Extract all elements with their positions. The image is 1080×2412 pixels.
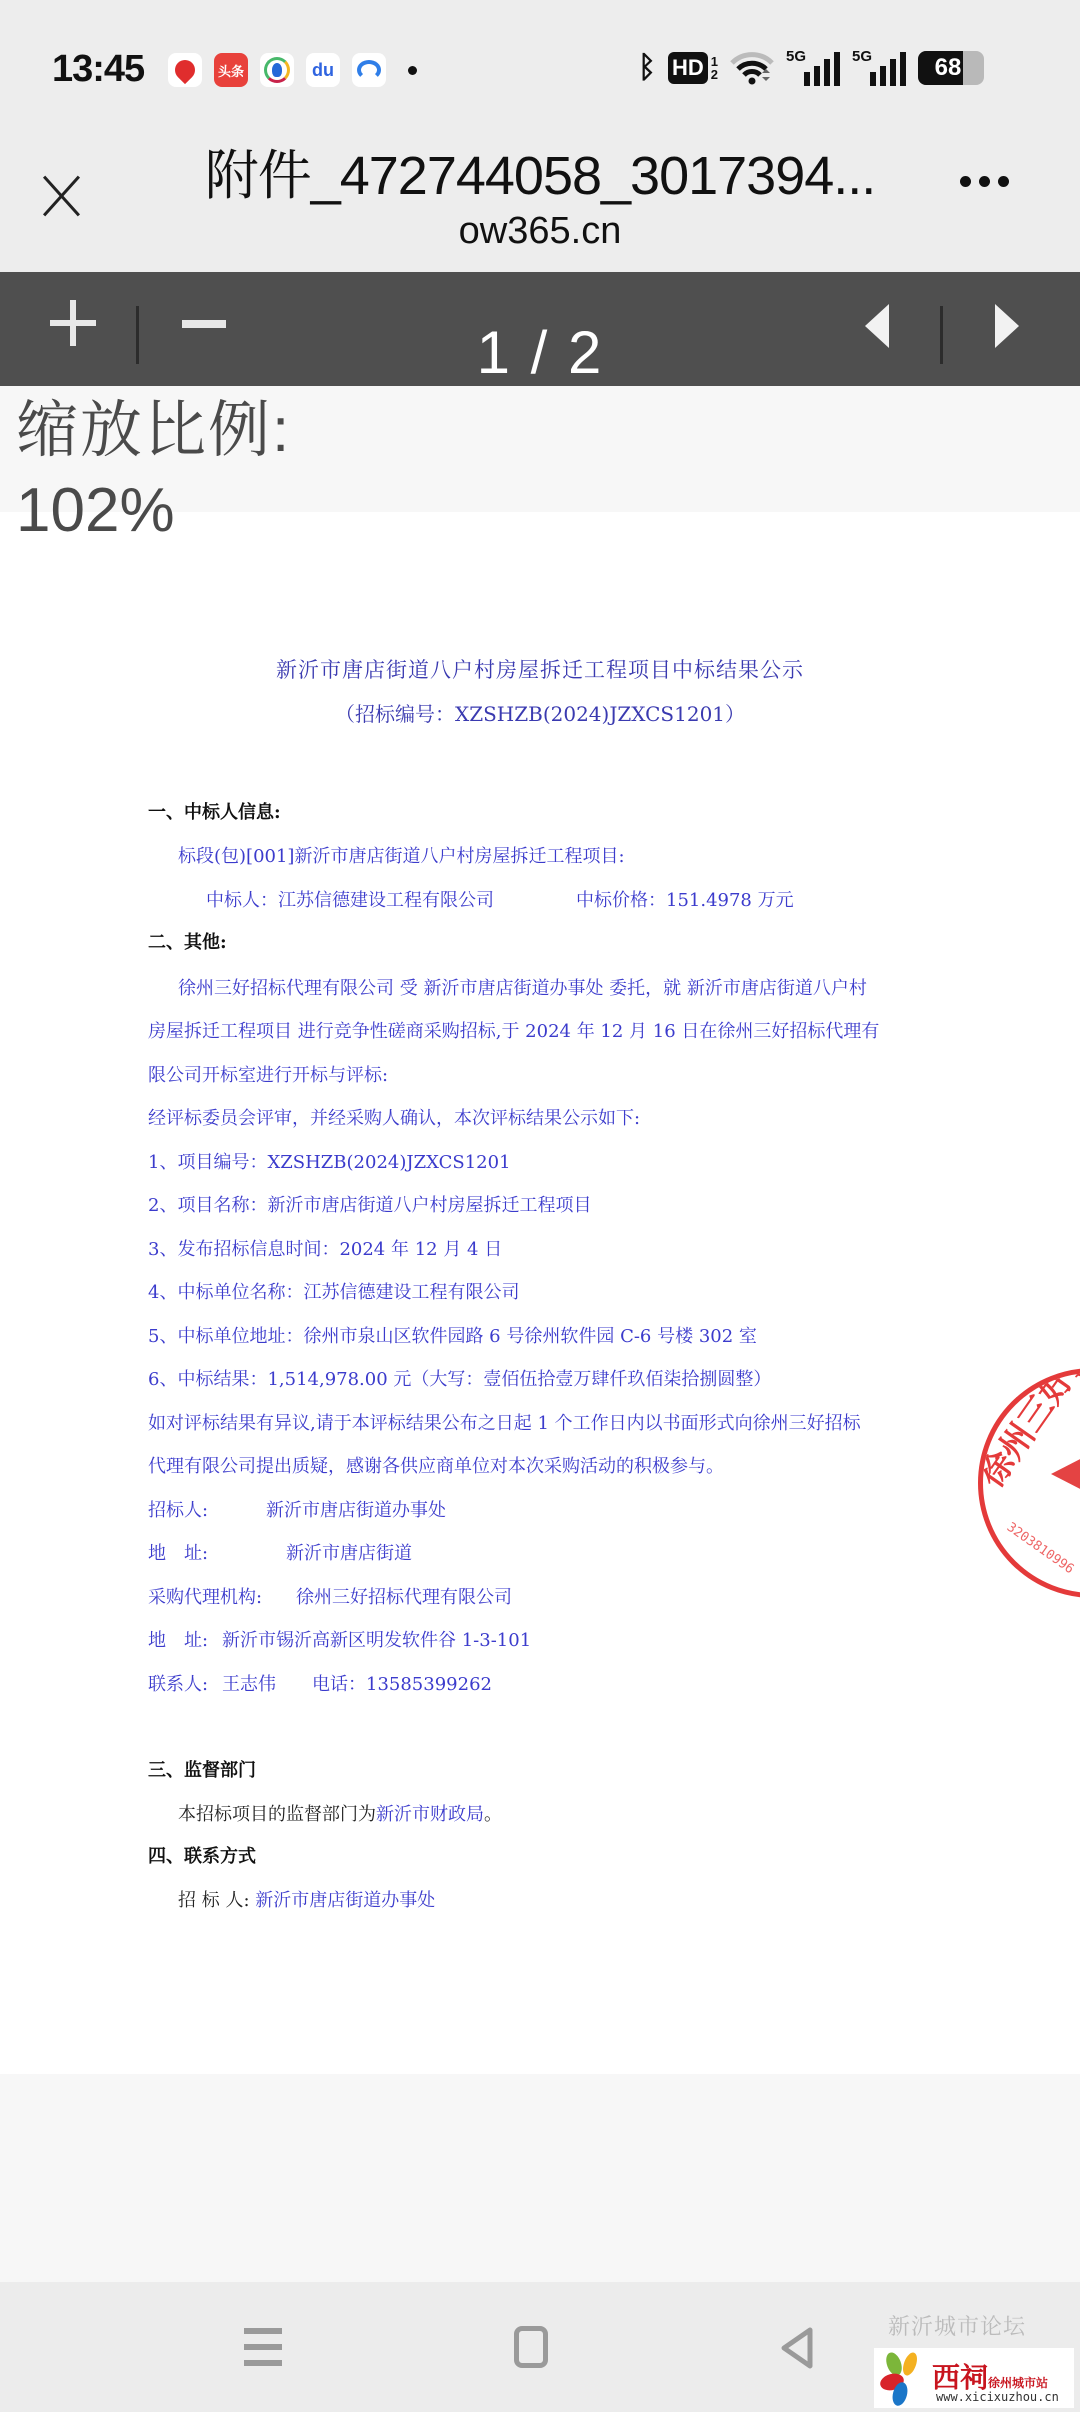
status-time: 13:45 [52, 48, 144, 91]
contact-value: 王志伟 电话：13585399262 [222, 1670, 492, 1696]
para-line: 徐州三好招标代理有限公司 受 新沂市唐店街道办事处 委托，就 新沂市唐店街道八户… [178, 974, 867, 1000]
toutiao-icon: 头条 [214, 53, 248, 87]
contact-label: 地 址: [148, 1626, 208, 1652]
signal-sim1-icon: 5G [786, 50, 840, 86]
zoom-out-button[interactable] [182, 320, 226, 328]
baidu-map-icon [168, 53, 202, 87]
objection-line: 代理有限公司提出质疑，感谢各供应商单位对本次采购活动的积极参与。 [148, 1452, 724, 1478]
result-item: 3、发布招标信息时间：2024 年 12 月 4 日 [148, 1235, 502, 1261]
result-item: 1、项目编号：XZSHZB(2024)JZXCS1201 [148, 1148, 511, 1174]
notification-icons: 头条 du [168, 53, 417, 87]
back-button[interactable] [778, 2326, 818, 2370]
section2-heading: 二、其他: [148, 928, 227, 954]
contact-value: 徐州三好招标代理有限公司 [296, 1583, 512, 1609]
result-item: 4、中标单位名称：江苏信德建设工程有限公司 [148, 1278, 519, 1304]
close-button[interactable] [36, 170, 88, 222]
home-button[interactable] [514, 2326, 548, 2368]
winner-line: 中标人：江苏信德建设工程有限公司 [206, 886, 494, 912]
quark-icon [352, 53, 386, 87]
baidu-icon: du [306, 53, 340, 87]
para-line: 房屋拆迁工程项目 进行竞争性磋商采购招标,于 2024 年 12 月 16 日在… [148, 1017, 879, 1043]
review-line: 经评标委员会评审，并经采购人确认，本次评标结果公示如下: [148, 1104, 640, 1130]
contact-tenderer-value: 新沂市唐店街道办事处 [255, 1890, 435, 1911]
watermark-forum: 新沂城市论坛 [888, 2310, 1026, 2341]
page-indicator: 1 / 2 [420, 318, 660, 387]
contact-label: 招标人: [148, 1496, 208, 1522]
signal-sim2-icon: 5G [852, 50, 906, 86]
doc-title: 新沂市唐店街道八户村房屋拆迁工程项目中标结果公示 [0, 654, 1080, 684]
section3-heading: 三、监督部门 [148, 1756, 256, 1782]
doc-subtitle: （招标编号：XZSHZB(2024)JZXCS1201） [0, 698, 1080, 727]
result-item: 6、中标结果：1,514,978.00 元（大写：壹佰伍拾壹万肆仟玖佰柒拾捌圆整… [148, 1365, 771, 1391]
battery-icon: 68 [918, 51, 984, 85]
contact-value: 新沂市唐店街道 [286, 1539, 412, 1565]
wifi-icon [730, 51, 774, 85]
xici-logo-icon [880, 2352, 928, 2406]
bluetooth-icon: ᛒ [638, 51, 656, 85]
toolbar-divider [136, 306, 139, 364]
contact-value: 新沂市锡沂高新区明发软件谷 1-3-101 [222, 1626, 531, 1652]
contact-tenderer-label: 招 标 人: [178, 1890, 250, 1911]
viewer-background [0, 2074, 1080, 2282]
contact-label: 采购代理机构: [148, 1583, 262, 1609]
next-page-button[interactable] [995, 304, 1019, 348]
supervision-dept: 新沂市财政局 [376, 1804, 484, 1825]
section1-heading: 一、中标人信息: [148, 798, 281, 824]
system-icons: ᛒ HD 12 5G 5G 68 [638, 50, 984, 86]
recent-apps-button[interactable] [244, 2328, 282, 2366]
para-line: 限公司开标室进行开标与评标: [148, 1061, 388, 1087]
section4-heading: 四、联系方式 [148, 1842, 256, 1868]
more-options-button[interactable] [960, 176, 1009, 187]
zoom-caption: 缩放比例: [16, 396, 291, 466]
zoom-value: 102% [16, 476, 175, 546]
zoom-in-button[interactable] [50, 300, 96, 346]
document-title: 附件_472744058_3017394... [170, 133, 910, 210]
contact-value: 新沂市唐店街道办事处 [266, 1496, 446, 1522]
result-item: 5、中标单位地址：徐州市泉山区软件园路 6 号徐州软件园 C-6 号楼 302 … [148, 1322, 757, 1348]
contact-label: 联系人: [148, 1670, 208, 1696]
objection-line: 如对评标结果有异议,请于本评标结果公布之日起 1 个工作日内以书面形式向徐州三好… [148, 1409, 861, 1435]
watermark-logo: 西祠徐州城市站 www.xicixuzhou.cn [874, 2348, 1074, 2408]
seal-star-icon [1051, 1438, 1080, 1510]
result-item: 2、项目名称：新沂市唐店街道八户村房屋拆迁工程项目 [148, 1191, 591, 1217]
contact-label: 地 址: [148, 1539, 208, 1565]
hd-voice-icon: HD 12 [668, 52, 718, 84]
supervision-text: 本招标项目的监督部门为 [178, 1804, 376, 1825]
status-bar: 13:45 头条 du ᛒ HD 12 5G 5G 68 [0, 0, 1080, 140]
toolbar-divider [940, 306, 943, 364]
more-notifications-dot-icon [408, 66, 417, 75]
previous-page-button[interactable] [865, 304, 889, 348]
package-line: 标段(包)[001]新沂市唐店街道八户村房屋拆迁工程项目: [178, 842, 625, 868]
qq-browser-icon [260, 53, 294, 87]
document-host: ow365.cn [340, 210, 740, 253]
price-line: 中标价格：151.4978 万元 [576, 886, 794, 912]
